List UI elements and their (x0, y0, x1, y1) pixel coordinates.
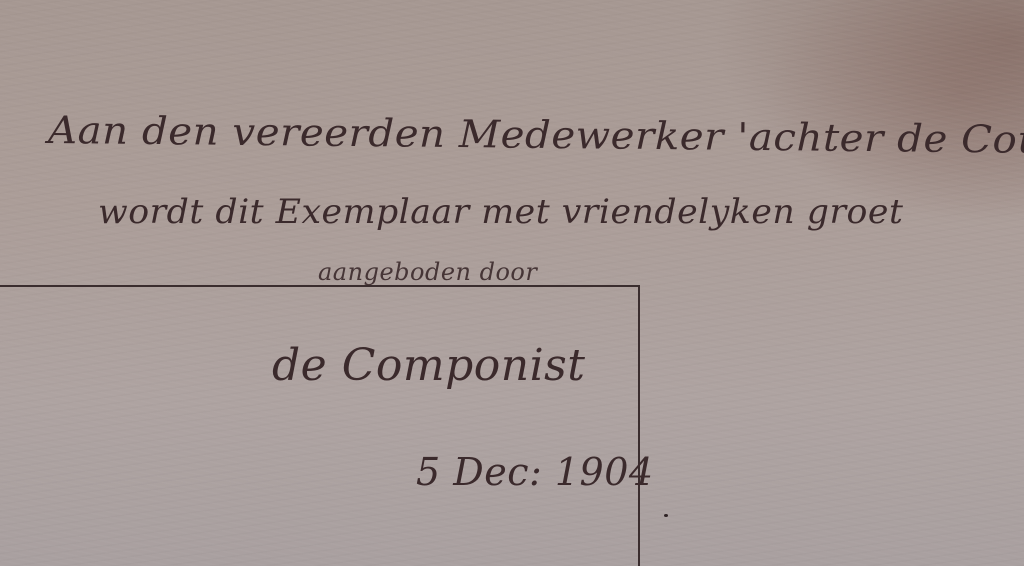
ink-dot (664, 514, 668, 517)
printed-vertical-rule (638, 285, 640, 566)
dedication-salutation: Aan den vereerden Medewerker 'achter de … (48, 108, 1024, 163)
signature: de Componist (272, 340, 585, 391)
dedication-date: 5 Dec: 1904 (416, 450, 654, 494)
dedication-body: wordt dit Exemplaar met vriendelyken gro… (98, 192, 903, 232)
dedication-offered-by: aangeboden door (318, 258, 537, 286)
paper-background: Aan den vereerden Medewerker 'achter de … (0, 0, 1024, 566)
